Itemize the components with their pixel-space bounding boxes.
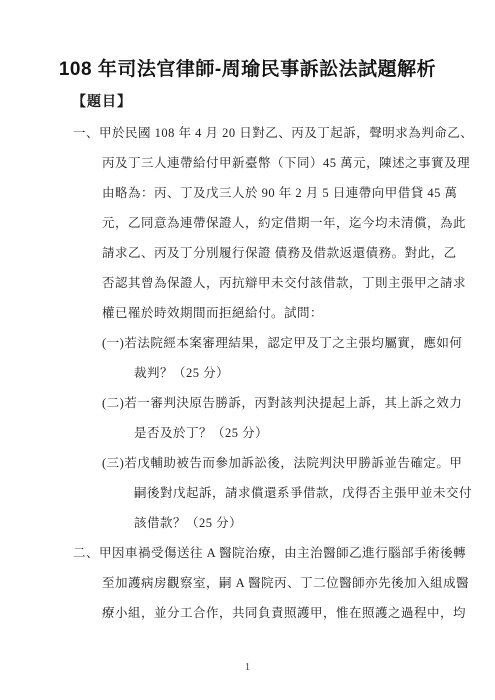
sub-question-1-line: (一)若法院經本案審理結果，認定甲及丁之主張均屬實，應如何 (73, 328, 455, 358)
document-title: 108 年司法官律師-周瑜民事訴訟法試題解析 (0, 58, 495, 82)
page-number: 1 (0, 661, 495, 675)
sub-question-3-line: 嗣後對戊起訴，請求償還系爭借款，戊得否主張甲並未交付 (73, 478, 455, 508)
section-heading-questions: 【題目】 (72, 94, 132, 111)
question-one-line: 丙及丁三人連帶給付甲新臺幣（下同）45 萬元，陳述之事實及理 (73, 148, 455, 178)
question-one-line: 否認其曾為保證人，丙抗辯甲未交付該借款，丁則主張甲之請求 (73, 268, 455, 298)
sub-question-3-line: 該借款？（25 分） (73, 508, 455, 538)
question-two: 二、甲因車禍受傷送往 A 醫院治療，由主治醫師乙進行腦部手術後轉 至加護病房觀察… (73, 538, 455, 628)
sub-question-3-line: (三)若戊輔助被告而參加訴訟後，法院判決甲勝訴並告確定。甲 (73, 448, 455, 478)
document-body: 一、甲於民國 108 年 4 月 20 日對乙、丙及丁起訴，聲明求為判命乙、 丙… (73, 118, 455, 628)
sub-question-3: (三)若戊輔助被告而參加訴訟後，法院判決甲勝訴並告確定。甲 嗣後對戊起訴，請求償… (73, 448, 455, 538)
sub-question-2: (二)若一審判決原告勝訴，丙對該判決提起上訴，其上訴之效力 是否及於丁？（25 … (73, 388, 455, 448)
sub-question-2-line: (二)若一審判決原告勝訴，丙對該判決提起上訴，其上訴之效力 (73, 388, 455, 418)
sub-question-1: (一)若法院經本案審理結果，認定甲及丁之主張均屬實，應如何 裁判？（25 分） (73, 328, 455, 388)
question-one: 一、甲於民國 108 年 4 月 20 日對乙、丙及丁起訴，聲明求為判命乙、 丙… (73, 118, 455, 328)
question-one-line: 由略為：丙、丁及戊三人於 90 年 2 月 5 日連帶向甲借貸 45 萬 (73, 178, 455, 208)
question-one-line: 權已罹於時效期間而拒絕給付。試問： (73, 298, 455, 328)
question-two-line: 療小組，並分工合作，共同負責照護甲，惟在照護之過程中，均 (73, 598, 455, 628)
sub-question-2-line: 是否及於丁？（25 分） (73, 418, 455, 448)
question-one-line: 一、甲於民國 108 年 4 月 20 日對乙、丙及丁起訴，聲明求為判命乙、 (73, 118, 455, 148)
sub-question-1-line: 裁判？（25 分） (73, 358, 455, 388)
question-two-line: 至加護病房觀察室，嗣 A 醫院丙、丁二位醫師亦先後加入組成醫 (73, 568, 455, 598)
question-two-line: 二、甲因車禍受傷送往 A 醫院治療，由主治醫師乙進行腦部手術後轉 (73, 538, 455, 568)
question-one-line: 請求乙、丙及丁分別履行保證 債務及借款返還債務。對此，乙 (73, 238, 455, 268)
question-one-line: 元，乙同意為連帶保證人，約定借期一年，迄今均未清償，為此 (73, 208, 455, 238)
document-page: 108 年司法官律師-周瑜民事訴訟法試題解析 【題目】 一、甲於民國 108 年… (0, 0, 495, 700)
